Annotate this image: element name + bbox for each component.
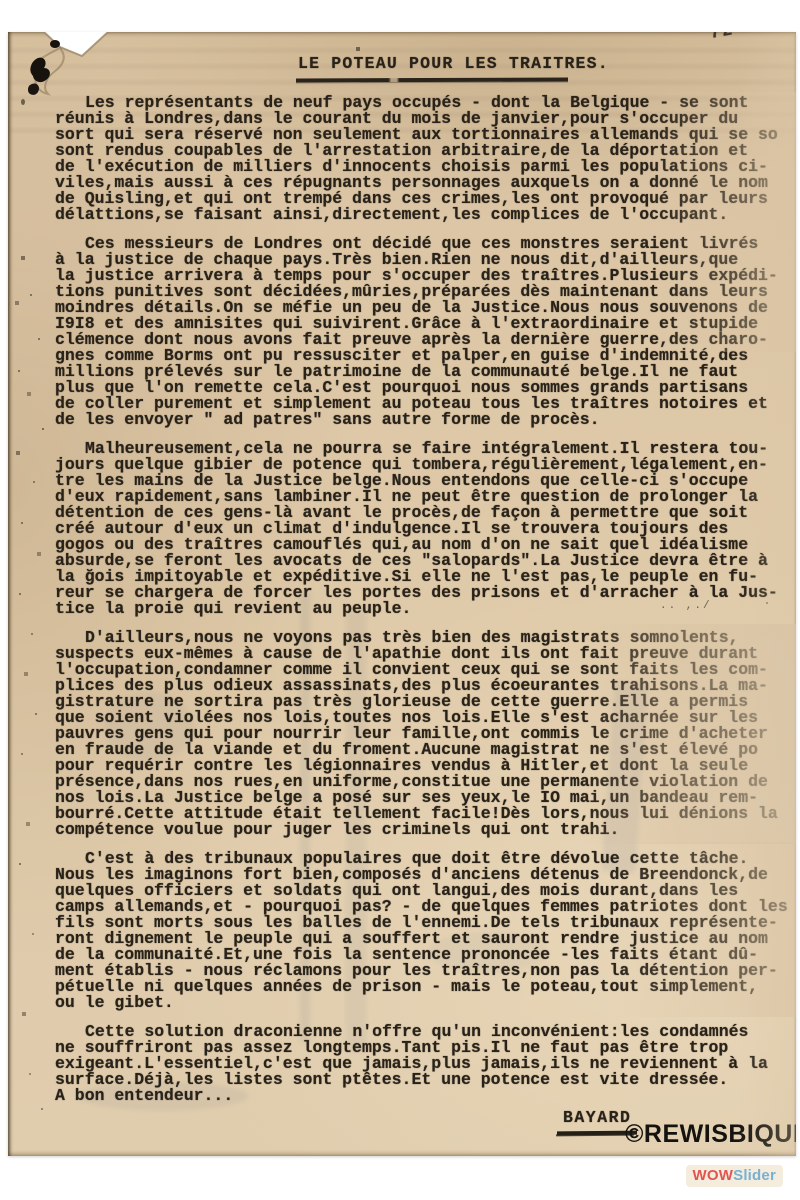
watermark-credit: ©REWISBIQUE <box>625 1120 796 1149</box>
paragraph: D'ailleurs,nous ne voyons pas très bien … <box>55 630 796 838</box>
paragraph: C'est à des tribunaux populaires que doi… <box>55 851 796 1011</box>
paragraph: Les représentants de neuf pays occupés -… <box>55 95 796 223</box>
document-title: LE POTEAU POUR LES TRAITRES. <box>298 56 609 72</box>
wowslider-badge-slider: Slider <box>733 1167 776 1184</box>
signature: BAYARD <box>563 1110 631 1126</box>
paragraph: Malheureusement,cela ne pourra se faire … <box>55 441 796 617</box>
handwritten-page-number: 72 <box>709 32 736 43</box>
scanned-document-sheet: 72 LE POTEAU POUR LES TRAITRES. Les repr… <box>8 32 796 1156</box>
title-underline <box>296 78 568 83</box>
wowslider-badge[interactable]: WOWSlider <box>686 1165 783 1187</box>
pencil-scribble: .. ,./ <box>660 600 712 612</box>
viewer-page: { "colors": { "paper": "#dcc6a6", "ink":… <box>0 0 800 1200</box>
paragraph: Cette solution draconienne n'offre qu'un… <box>55 1024 796 1104</box>
wowslider-badge-wow: WOW <box>693 1167 734 1184</box>
paper-specks <box>8 32 10 34</box>
paragraph: Ces messieurs de Londres ont décidé que … <box>55 236 796 428</box>
